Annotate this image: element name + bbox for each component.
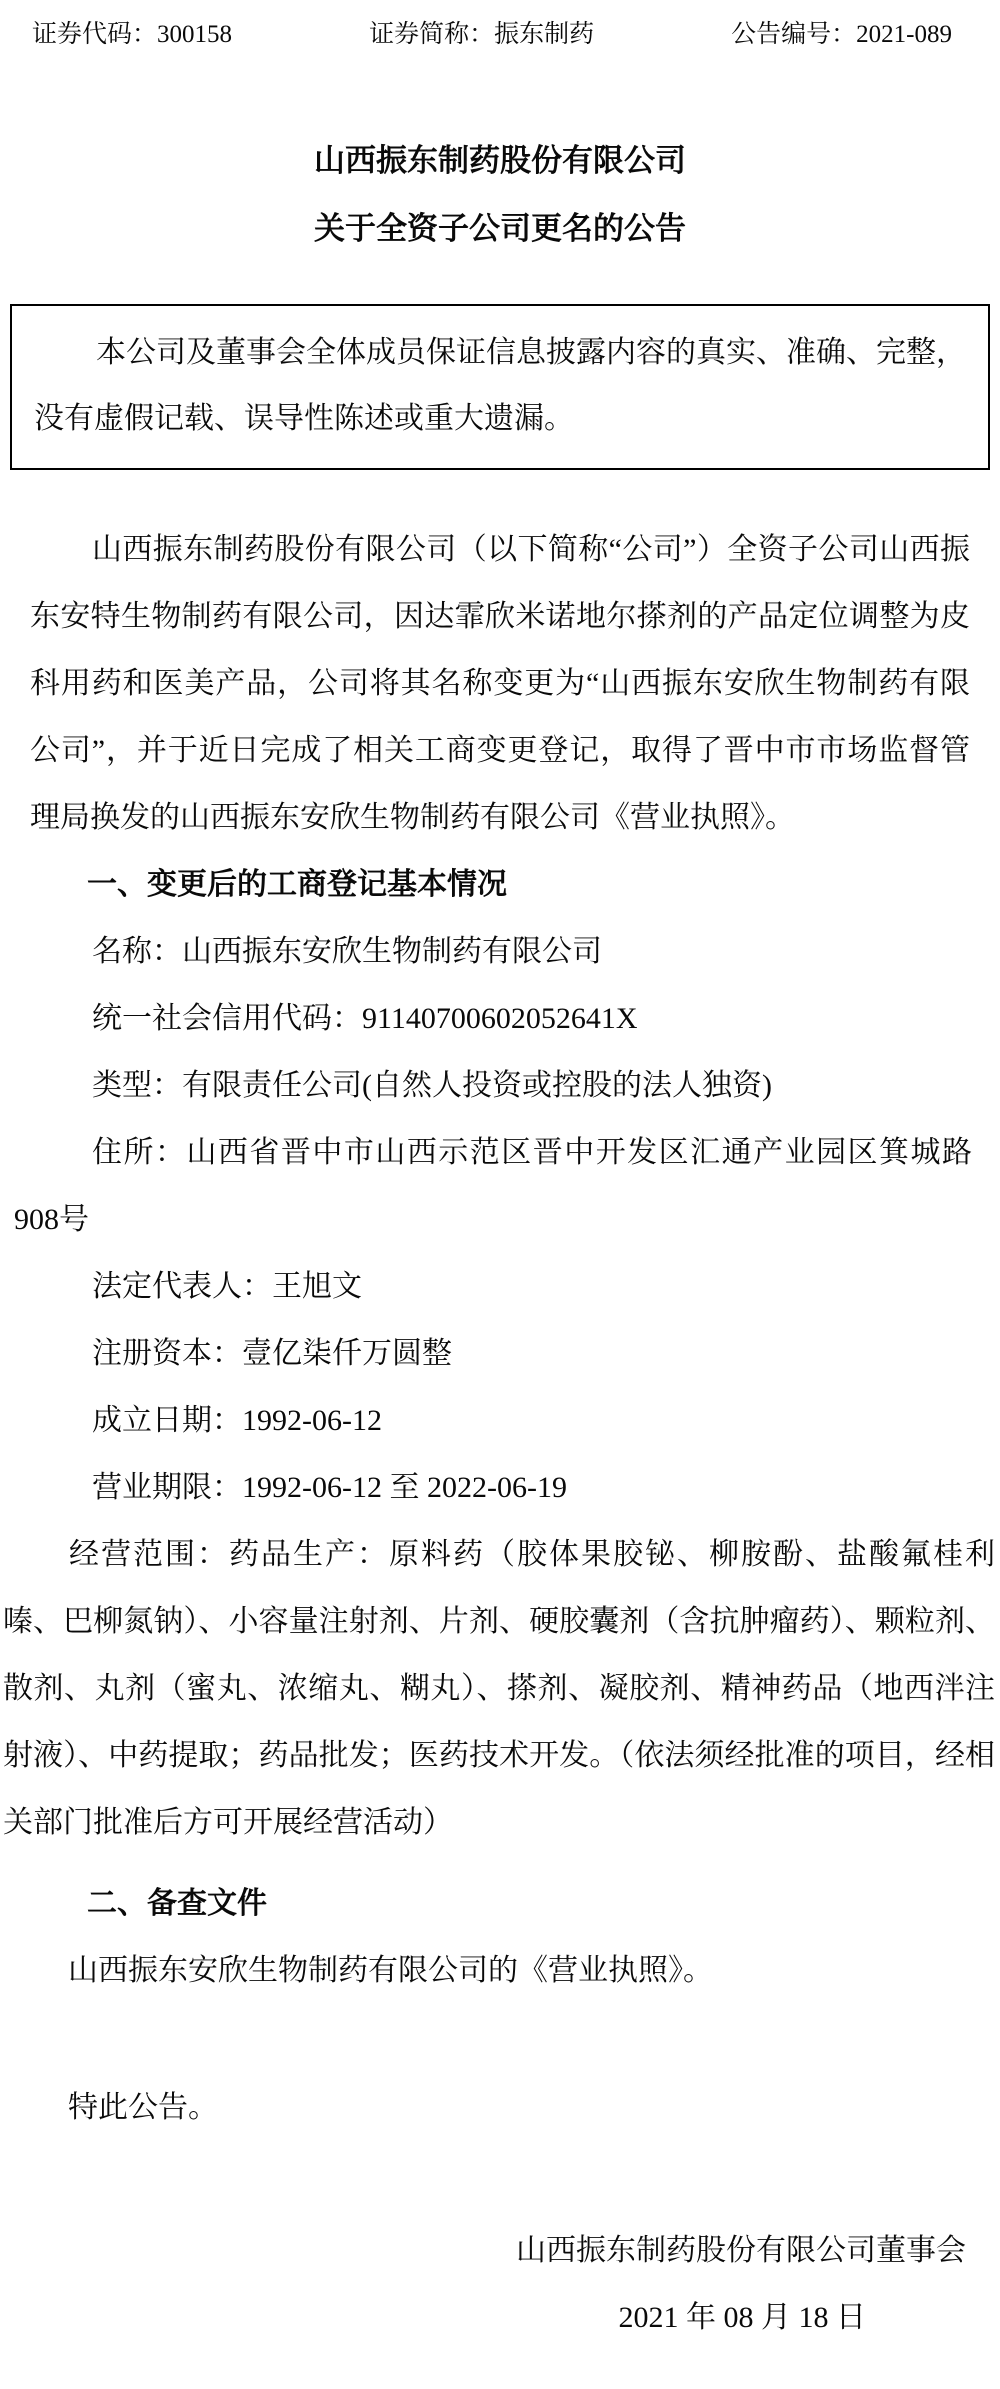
item-credit-code: 统一社会信用代码：91140700602052641X: [30, 985, 970, 1052]
document-body: 山西振东制药股份有限公司（以下简称“公司”）全资子公司山西振东安特生物制药有限公…: [0, 516, 1000, 2351]
closing-statement: 特此公告。: [30, 2074, 970, 2141]
section2-document-item: 山西振东安欣生物制药有限公司的《营业执照》。: [30, 1937, 970, 2004]
disclaimer-text: 本公司及董事会全体成员保证信息披露内容的真实、准确、完整，没有虚假记载、误导性陈…: [34, 320, 966, 452]
item-business-term: 营业期限：1992-06-12 至 2022-06-19: [30, 1454, 970, 1521]
signature-board: 山西振东制药股份有限公司董事会: [30, 2217, 970, 2284]
stock-code: 证券代码：300158: [32, 16, 232, 54]
section2-heading: 二、备查文件: [30, 1870, 970, 1937]
company-name-title: 山西振东制药股份有限公司: [0, 138, 1000, 184]
signature-date: 2021 年 08 月 18 日: [30, 2284, 970, 2351]
disclaimer-box: 本公司及董事会全体成员保证信息披露内容的真实、准确、完整，没有虚假记载、误导性陈…: [10, 304, 990, 470]
announcement-title: 关于全资子公司更名的公告: [0, 206, 1000, 252]
intro-paragraph: 山西振东制药股份有限公司（以下简称“公司”）全资子公司山西振东安特生物制药有限公…: [30, 516, 970, 851]
item-registered-address: 住所：山西省晋中市山西示范区晋中开发区汇通产业园区箕城路908号: [14, 1119, 972, 1253]
stock-short-name: 证券简称：振东制药: [369, 16, 594, 54]
item-company-type: 类型：有限责任公司(自然人投资或控股的法人独资): [30, 1052, 970, 1119]
section1-heading: 一、变更后的工商登记基本情况: [30, 851, 970, 918]
item-legal-representative: 法定代表人：王旭文: [30, 1253, 970, 1320]
announcement-document: 证券代码：300158 证券简称：振东制药 公告编号：2021-089 山西振东…: [0, 0, 1000, 2389]
securities-header: 证券代码：300158 证券简称：振东制药 公告编号：2021-089: [0, 0, 1000, 54]
item-company-name: 名称：山西振东安欣生物制药有限公司: [30, 918, 970, 985]
item-business-scope: 经营范围：药品生产：原料药（胶体果胶铋、柳胺酚、盐酸氟桂利嗪、巴柳氮钠）、小容量…: [3, 1521, 995, 1856]
item-establishment-date: 成立日期：1992-06-12: [30, 1387, 970, 1454]
item-registered-capital: 注册资本：壹亿柒仟万圆整: [30, 1320, 970, 1387]
announcement-number: 公告编号：2021-089: [731, 16, 952, 54]
